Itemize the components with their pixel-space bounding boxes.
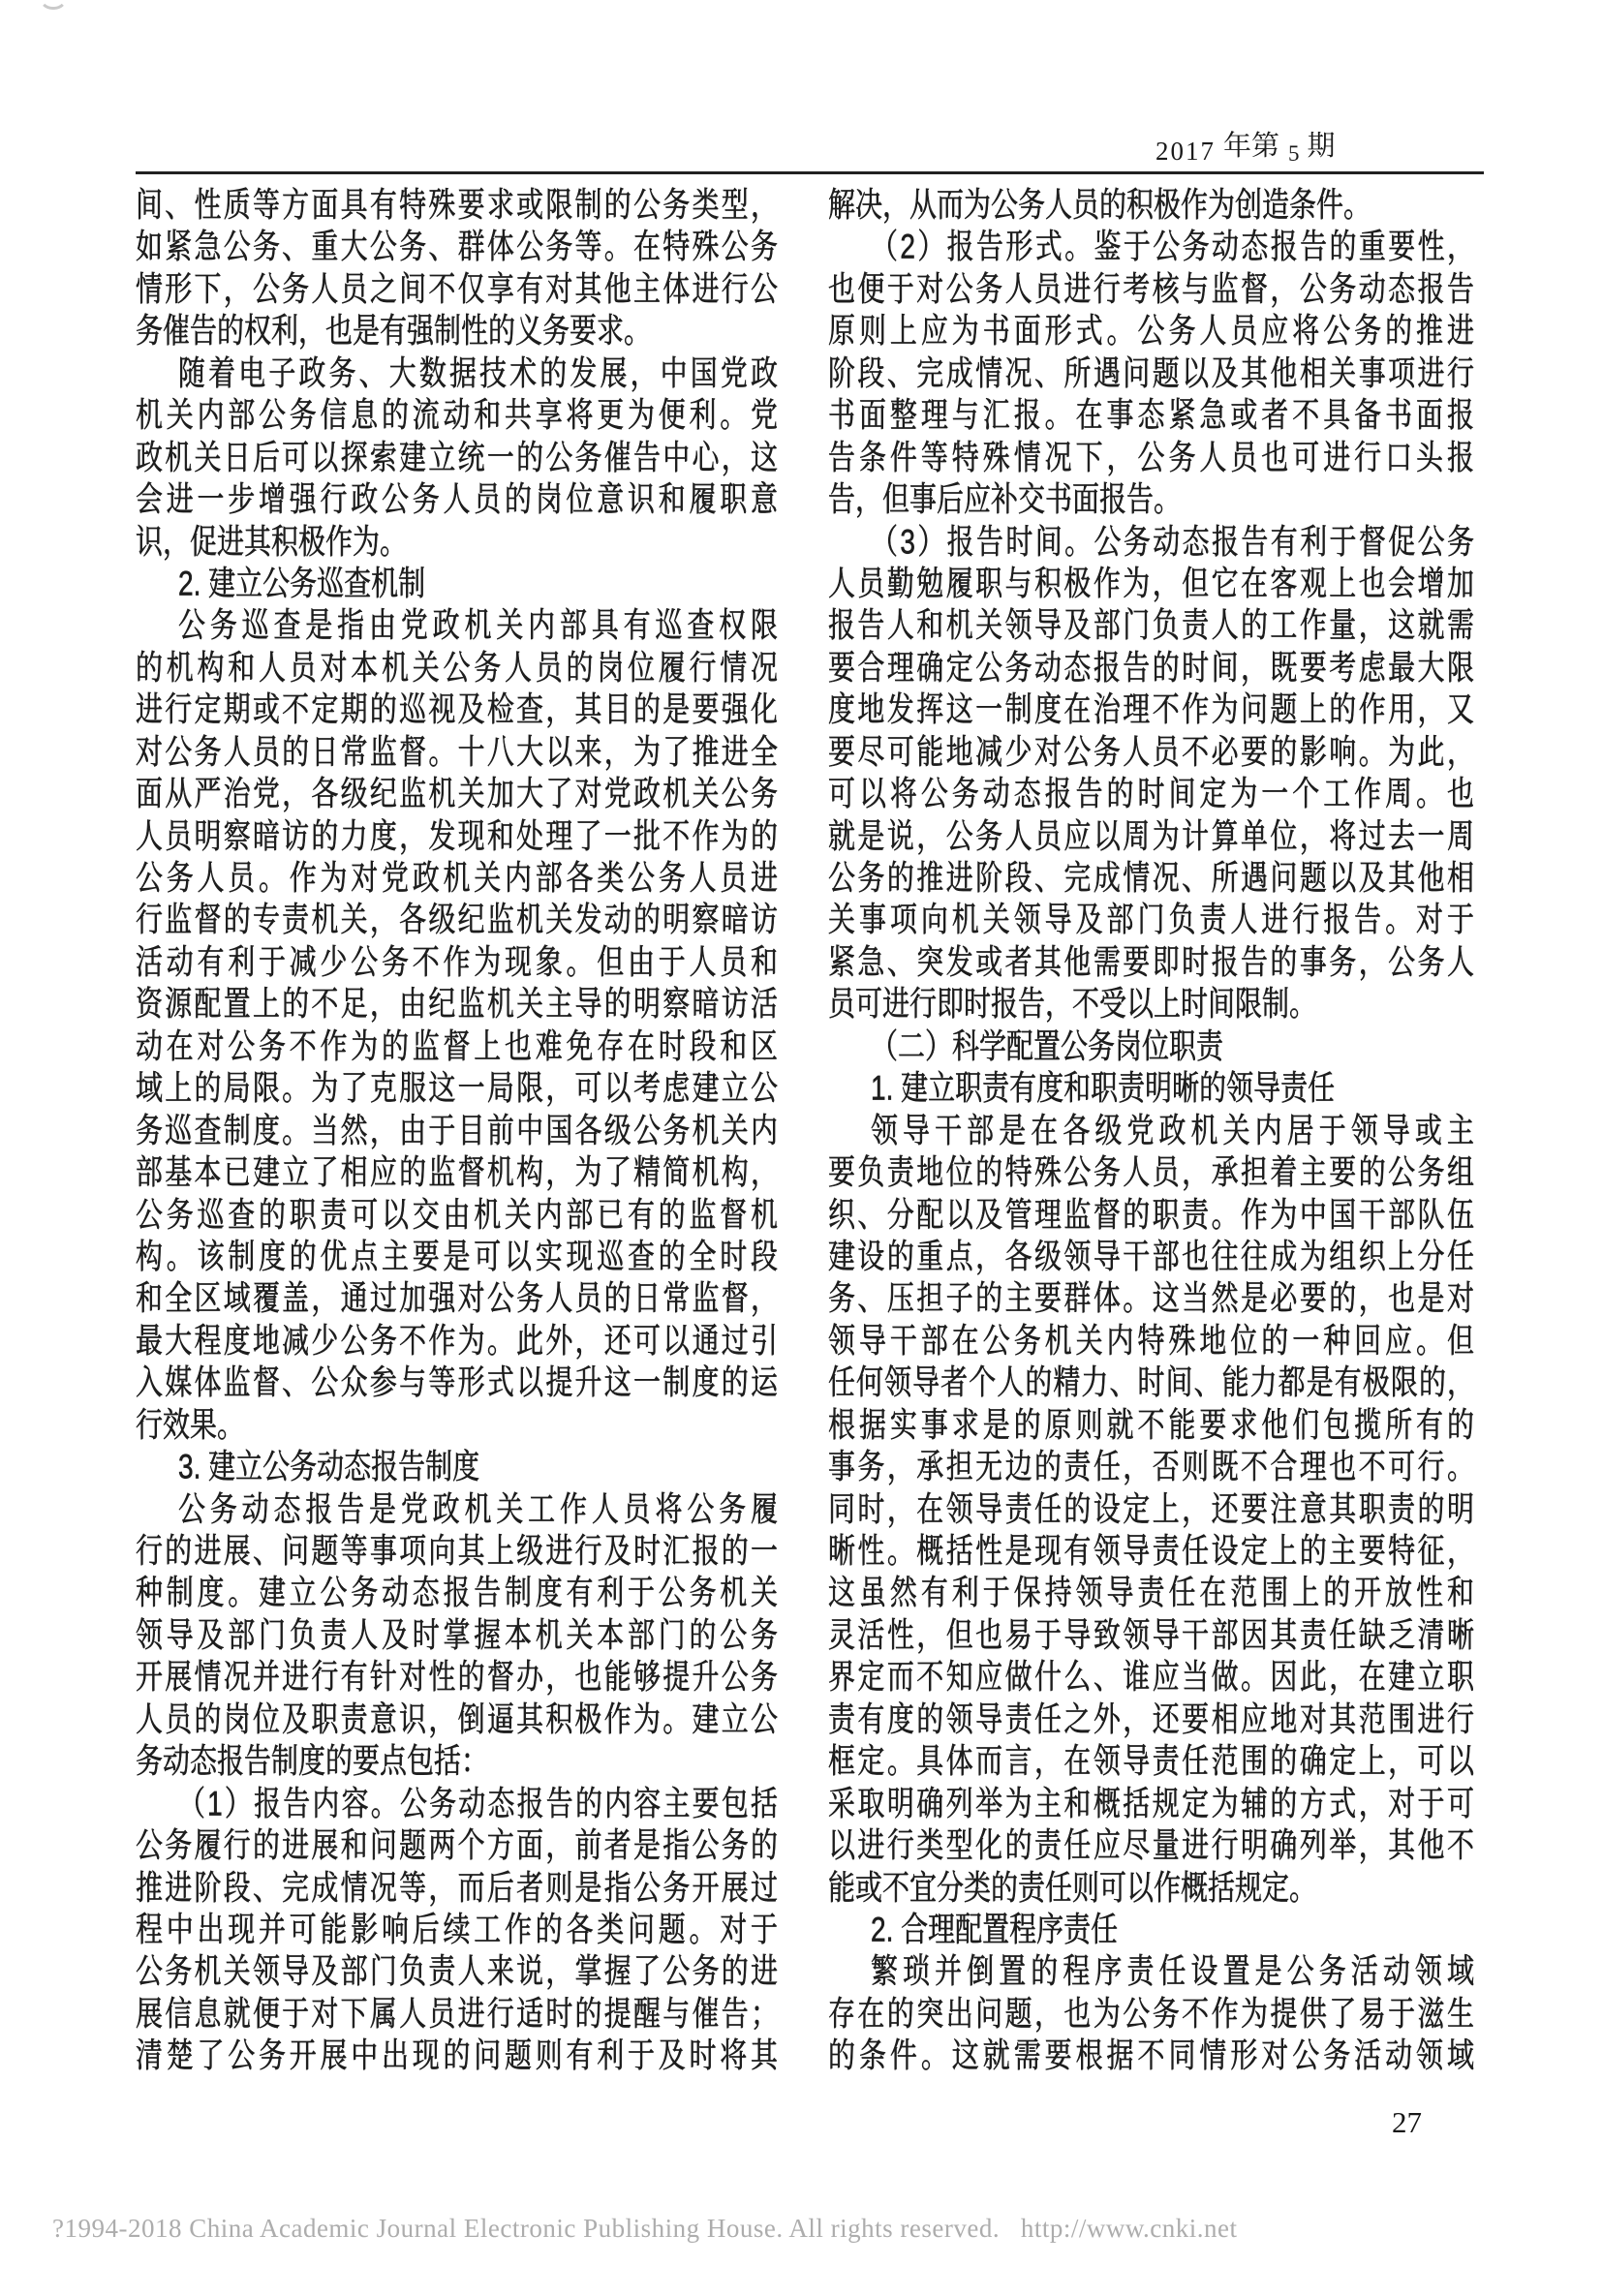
header-year-issue-label: 年第 (1223, 131, 1279, 162)
header-divider-rule (136, 171, 1484, 174)
article-right-column: 解决，从而为公务人员的积极作为创造条件。（2）报告形式。鉴于公务动态报告的重要性… (828, 184, 1474, 2077)
article-left-column: 间、性质等方面具有特殊要求或限制的公务类型，如紧急公务、重大公务、群体公务等。在… (136, 184, 778, 2077)
header-issue-number: 5 (1288, 141, 1300, 166)
journal-issue-header: 2017年第5期 (1155, 124, 1336, 164)
header-year: 2017 (1155, 137, 1216, 166)
text-line: 的条件。这就需要根据不同情形对公务活动领域 (828, 2030, 1474, 2083)
page-number: 27 (1392, 2105, 1422, 2140)
scan-artifact-mark (39, 0, 68, 10)
text-line: 清楚了公务开展中出现的问题则有利于及时将其 (136, 2030, 778, 2083)
header-issue-label: 期 (1308, 131, 1336, 162)
journal-scan-page: 2017年第5期 间、性质等方面具有特殊要求或限制的公务类型，如紧急公务、重大公… (0, 0, 1602, 2296)
copyright-footer: ?1994-2018 China Academic Journal Electr… (52, 2214, 1238, 2244)
